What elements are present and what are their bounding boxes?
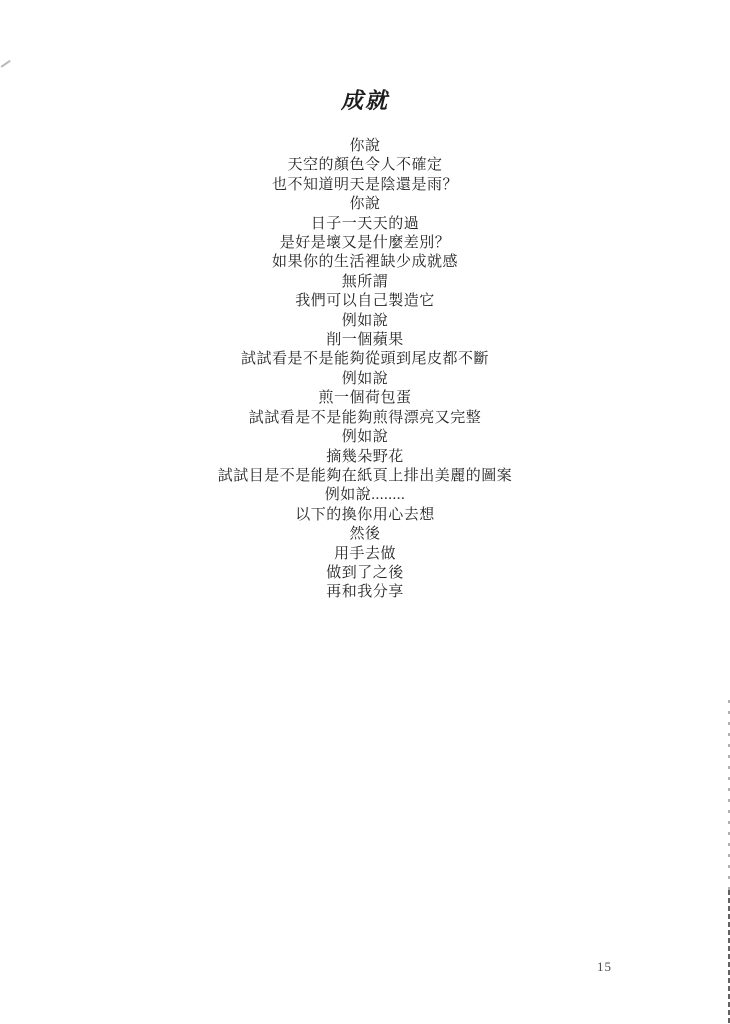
poem-line: 天空的顏色令人不確定	[0, 156, 730, 175]
poem-line: 無所謂	[0, 273, 730, 292]
poem-body: 你說天空的顏色令人不確定也不知道明天是陰還是雨？你說日子一天天的過是好是壞又是什…	[0, 137, 730, 603]
poem-line: 削一個蘋果	[0, 331, 730, 350]
poem-line: 你說	[0, 137, 730, 156]
poem-line: 煎一個荷包蛋	[0, 389, 730, 408]
page-number: 15	[597, 959, 612, 975]
poem-line: 用手去做	[0, 545, 730, 564]
scanned-document-page: 成就 你說天空的顏色令人不確定也不知道明天是陰還是雨？你說日子一天天的過是好是壞…	[0, 0, 730, 1024]
poem-line: 是好是壞又是什麼差別？	[0, 234, 730, 253]
scan-artifact-tick	[1, 60, 11, 68]
poem-line: 做到了之後	[0, 564, 730, 583]
poem-title: 成就	[0, 84, 730, 115]
poem-line: 以下的換你用心去想	[0, 506, 730, 525]
poem-line: 試試看是不是能夠煎得漂亮又完整	[0, 409, 730, 428]
poem-line: 如果你的生活裡缺少成就感	[0, 253, 730, 272]
poem-line: 然後	[0, 525, 730, 544]
poem-line: 摘幾朵野花	[0, 448, 730, 467]
poem-line: 試試看是不是能夠從頭到尾皮都不斷	[0, 350, 730, 369]
poem-line: 例如說	[0, 312, 730, 331]
poem-line: 例如說	[0, 370, 730, 389]
poem-line: 例如說	[0, 428, 730, 447]
poem-line: 我們可以自己製造它	[0, 292, 730, 311]
poem-line: 再和我分享	[0, 583, 730, 602]
poem-line: 你說	[0, 195, 730, 214]
poem-line: 日子一天天的過	[0, 215, 730, 234]
poem-line: 例如說........	[0, 486, 730, 505]
poem-line: 也不知道明天是陰還是雨？	[0, 176, 730, 195]
poem-line: 試試目是不是能夠在紙頁上排出美麗的圖案	[0, 467, 730, 486]
